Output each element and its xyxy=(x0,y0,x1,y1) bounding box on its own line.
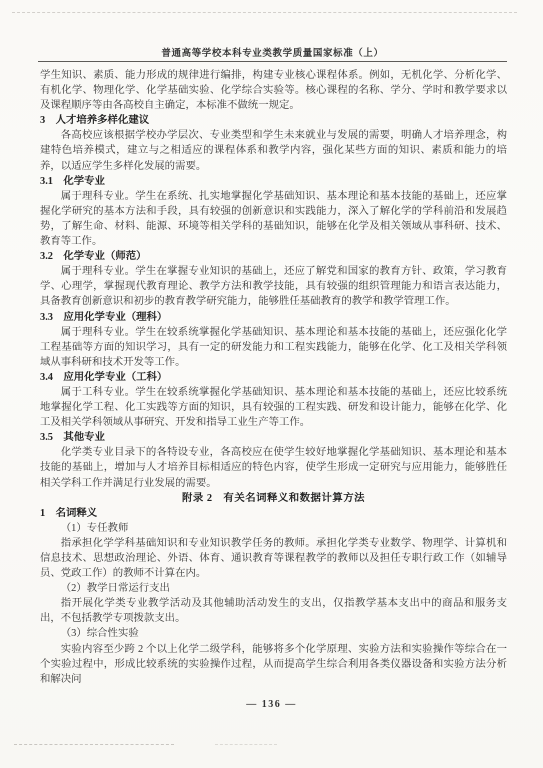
subsection-heading: 3.5 其他专业 xyxy=(40,430,507,445)
page-number: — 136 — xyxy=(0,699,543,710)
subsection-heading: 3.2 化学专业（师范） xyxy=(40,249,507,264)
paragraph: 属于理科专业。学生在掌握专业知识的基础上，还应了解党和国家的教育方针、政策，学习… xyxy=(40,264,507,309)
paragraph: 属于工科专业。学生在较系统掌握化学基础知识、基本理论和基本技能的基础上，还应比较… xyxy=(40,385,507,430)
paragraph: 实验内容至少跨 2 个以上化学二级学科，能够将多个化学原理、实验方法和实验操作等… xyxy=(40,642,507,687)
section-heading: 3 人才培养多样化建议 xyxy=(40,113,507,128)
paragraph-continued: 学生知识、素质、能力形成的规律进行编排，构建专业核心课程体系。例如，无机化学、分… xyxy=(40,68,507,113)
subsection-heading: 3.1 化学专业 xyxy=(40,174,507,189)
scan-artifact-bottom-line xyxy=(14,744,174,745)
paragraph: 指承担化学学科基础知识和专业知识教学任务的教师。承担化学类专业数学、物理学、计算… xyxy=(40,536,507,581)
header-divider xyxy=(38,61,507,62)
document-page: 普通高等学校本科专业类教学质量国家标准（上） 学生知识、素质、能力形成的规律进行… xyxy=(0,0,543,768)
term-label: （3）综合性实验 xyxy=(40,626,507,641)
appendix-title: 附录 2 有关名词释义和数据计算方法 xyxy=(40,491,507,506)
paragraph: 各高校应该根据学校办学层次、专业类型和学生未来就业与发展的需要，明确人才培养理念… xyxy=(40,128,507,173)
scan-artifact-bottom-line xyxy=(215,744,277,745)
subsection-heading: 3.3 应用化学专业（理科） xyxy=(40,310,507,325)
section-heading: 1 名词释义 xyxy=(40,506,507,521)
running-header: 普通高等学校本科专业类教学质量国家标准（上） xyxy=(38,45,507,59)
paragraph: 属于理科专业。学生在系统、扎实地掌握化学基础知识、基本理论和基本技能的基础上，还… xyxy=(40,189,507,249)
paragraph: 化学类专业目录下的各特设专业，各高校应在使学生较好地掌握化学基础知识、基本理论和… xyxy=(40,445,507,490)
paragraph: 属于理科专业。学生在较系统掌握化学基础知识、基本理论和基本技能的基础上，还应强化… xyxy=(40,325,507,370)
document-body: 学生知识、素质、能力形成的规律进行编排，构建专业核心课程体系。例如，无机化学、分… xyxy=(40,68,507,687)
scan-artifact-top-line xyxy=(12,12,517,13)
paragraph: 指开展化学类专业教学活动及其他辅助活动发生的支出，仅指教学基本支出中的商品和服务… xyxy=(40,596,507,626)
term-label: （1）专任教师 xyxy=(40,521,507,536)
subsection-heading: 3.4 应用化学专业（工科） xyxy=(40,370,507,385)
term-label: （2）教学日常运行支出 xyxy=(40,581,507,596)
